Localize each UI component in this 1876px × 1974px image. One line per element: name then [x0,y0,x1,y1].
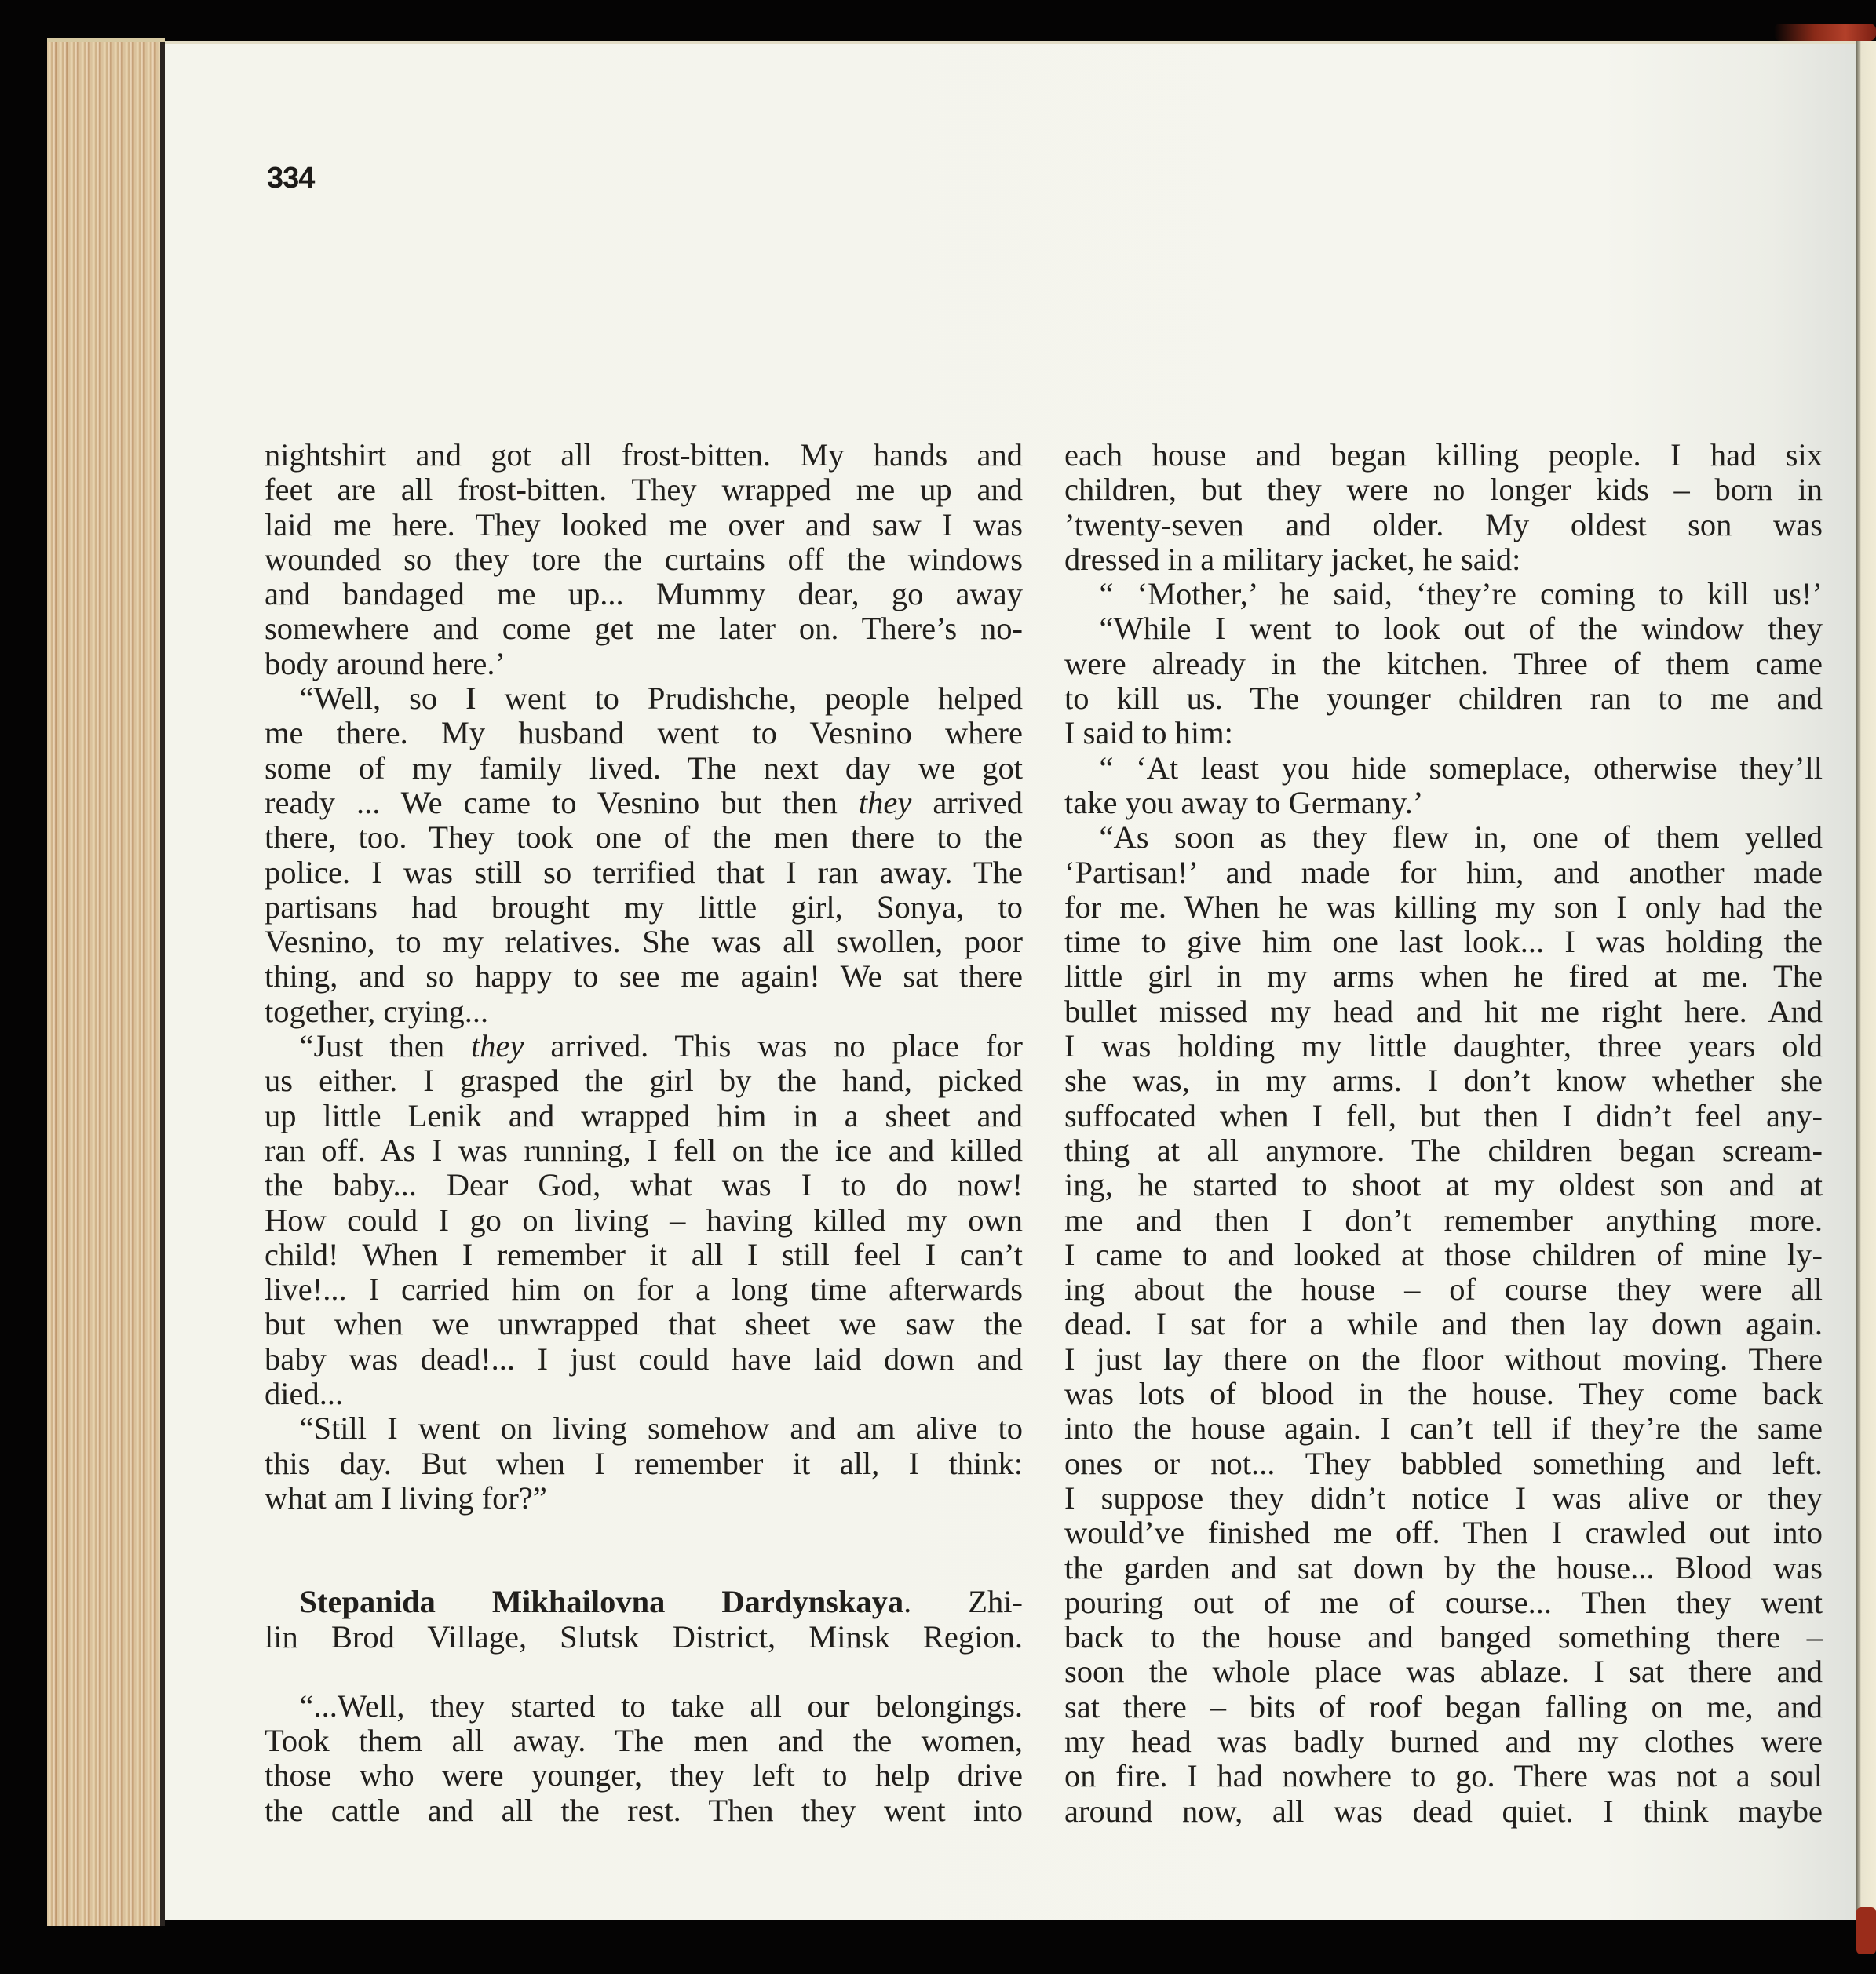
page-stack-edge [47,38,165,1926]
text-line: she was, in my arms. I don’t know whethe… [1064,1064,1823,1098]
text-line: bullet missed my head and hit me right h… [1064,994,1823,1029]
text-line: I was holding my little daughter, three … [1064,1029,1823,1064]
text-line: me and then I don’t remember anything mo… [1064,1203,1823,1238]
text-line: the garden and sat down by the house... … [1064,1551,1823,1585]
text-run: arrived [911,785,1023,820]
text-line: somewhere and come get me later on. Ther… [265,611,1023,646]
text-run: arrived. This was no place for [524,1028,1023,1064]
text-line: wounded so they tore the curtains off th… [265,542,1023,577]
text-line: died... [265,1377,1023,1411]
text-line: Took them all away. The men and the wome… [265,1724,1023,1758]
text-line: pouring out of me of course... Then they… [1064,1585,1823,1620]
text-line: was lots of blood in the house. They com… [1064,1377,1823,1411]
text-line: feet are all frost-bitten. They wrapped … [265,473,1023,507]
paragraph-start: “Still I went on living somehow and am a… [265,1411,1023,1446]
text-line: thing, and so happy to see me again! We … [265,959,1023,994]
text-line: laid me here. They looked me over and sa… [265,508,1023,542]
text-line: into the house again. I can’t tell if th… [1064,1411,1823,1446]
text-line: there, too. They took one of the men the… [265,820,1023,855]
text-line: those who were younger, they left to hel… [265,1758,1023,1793]
italic-they: they [471,1028,524,1064]
right-column: each house and began killing people. I h… [1064,438,1823,1829]
witness-location: lin Brod Village, Slutsk District, Minsk… [265,1620,1023,1655]
text-run: “Just then [300,1028,472,1064]
text-line: ones or not... They babbled something an… [1064,1447,1823,1481]
text-line: Vesnino, to my relatives. She was all sw… [265,925,1023,959]
text-line: on fire. I had nowhere to go. There was … [1064,1759,1823,1793]
paragraph-start: “ ‘At least you hide someplace, otherwis… [1064,751,1823,786]
text-line: dressed in a military jacket, he said: [1064,542,1823,577]
text-line: the cattle and all the rest. Then they w… [265,1793,1023,1828]
text-line: my head was badly burned and my clothes … [1064,1724,1823,1759]
text-line: How could I go on living – having killed… [265,1203,1023,1238]
section-spacer [265,1655,1023,1689]
text-line: time to give him one last look... I was … [1064,925,1823,959]
text-line: police. I was still so terrified that I … [265,856,1023,890]
text-line: take you away to Germany.’ [1064,786,1823,820]
text-line: but when we unwrapped that sheet we saw … [265,1307,1023,1341]
text-line: and bandaged me up... Mummy dear, go awa… [265,577,1023,611]
text-line: ing, he started to shoot at my oldest so… [1064,1168,1823,1202]
text-line: for me. When he was killing my son I onl… [1064,890,1823,925]
text-line: baby was dead!... I just could have laid… [265,1342,1023,1377]
text-line: sat there – bits of roof began falling o… [1064,1690,1823,1724]
text-line: I came to and looked at those children o… [1064,1238,1823,1272]
text-line: me there. My husband went to Vesnino whe… [265,716,1023,750]
text-line: I suppose they didn’t notice I was alive… [1064,1481,1823,1516]
text-line: the baby... Dear God, what was I to do n… [265,1168,1023,1202]
text-line: ing about the house – of course they wer… [1064,1272,1823,1307]
paragraph-start: “While I went to look out of the window … [1064,611,1823,646]
text-line: soon the whole place was ablaze. I sat t… [1064,1655,1823,1689]
text-line: body around here.’ [265,647,1023,681]
text-line: back to the house and banged something t… [1064,1620,1823,1655]
text-line: around now, all was dead quiet. I think … [1064,1794,1823,1829]
paragraph-start: “As soon as they flew in, one of them ye… [1064,820,1823,855]
text-line: were already in the kitchen. Three of th… [1064,647,1823,681]
paragraph-start: “Just then they arrived. This was no pla… [265,1029,1023,1064]
text-line: some of my family lived. The next day we… [265,751,1023,786]
text-line: nightshirt and got all frost-bitten. My … [265,438,1023,473]
paragraph-start: “Well, so I went to Prudishche, people h… [265,681,1023,716]
text-line: ‘Partisan!’ and made for him, and anothe… [1064,856,1823,890]
text-line: what am I living for?” [265,1481,1023,1516]
text-line: ’twenty-seven and older. My oldest son w… [1064,508,1823,542]
paragraph-start: “...Well, they started to take all our b… [265,1689,1023,1724]
text-line: suffocated when I fell, but then I didn’… [1064,1099,1823,1133]
text-line: us either. I grasped the girl by the han… [265,1064,1023,1098]
text-line: ran off. As I was running, I fell on the… [265,1133,1023,1168]
text-line: dead. I sat for a while and then lay dow… [1064,1307,1823,1341]
text-line: each house and began killing people. I h… [1064,438,1823,473]
next-page-edge [1856,41,1876,1917]
text-line: would’ve finished me off. Then I crawled… [1064,1516,1823,1550]
book-cover-edge-bottom [1856,1907,1876,1954]
text-line: I said to him: [1064,716,1823,750]
text-line: to kill us. The younger children ran to … [1064,681,1823,716]
text-line: partisans had brought my little girl, So… [265,890,1023,925]
text-line: thing at all anymore. The children began… [1064,1133,1823,1168]
text-line: live!... I carried him on for a long tim… [265,1272,1023,1307]
text-line: up little Lenik and wrapped him in a she… [265,1099,1023,1133]
left-column: nightshirt and got all frost-bitten. My … [265,438,1023,1828]
heading-text: . Zhi- [903,1584,1023,1619]
book-cover-edge-top [1774,24,1876,41]
text-line: children, but they were no longer kids –… [1064,473,1823,507]
text-line: I just lay there on the floor without mo… [1064,1342,1823,1377]
witness-name: Stepanida Mikhailovna Dardynskaya [300,1584,904,1619]
book-page: 334 nightshirt and got all frost-bitten.… [165,41,1856,1920]
text-line: child! When I remember it all I still fe… [265,1238,1023,1272]
text-line: this day. But when I remember it all, I … [265,1447,1023,1481]
italic-they: they [859,785,911,820]
text-line: ready ... We came to Vesnino but then th… [265,786,1023,820]
text-line: together, crying... [265,994,1023,1029]
testimony-heading: Stepanida Mikhailovna Dardynskaya. Zhi- [265,1585,1023,1619]
paragraph-start: “ ‘Mother,’ he said, ‘they’re coming to … [1064,577,1823,611]
page-number: 334 [267,162,314,195]
section-spacer [265,1516,1023,1585]
text-line: little girl in my arms when he fired at … [1064,959,1823,994]
text-run: ready ... We came to Vesnino but then [265,785,859,820]
